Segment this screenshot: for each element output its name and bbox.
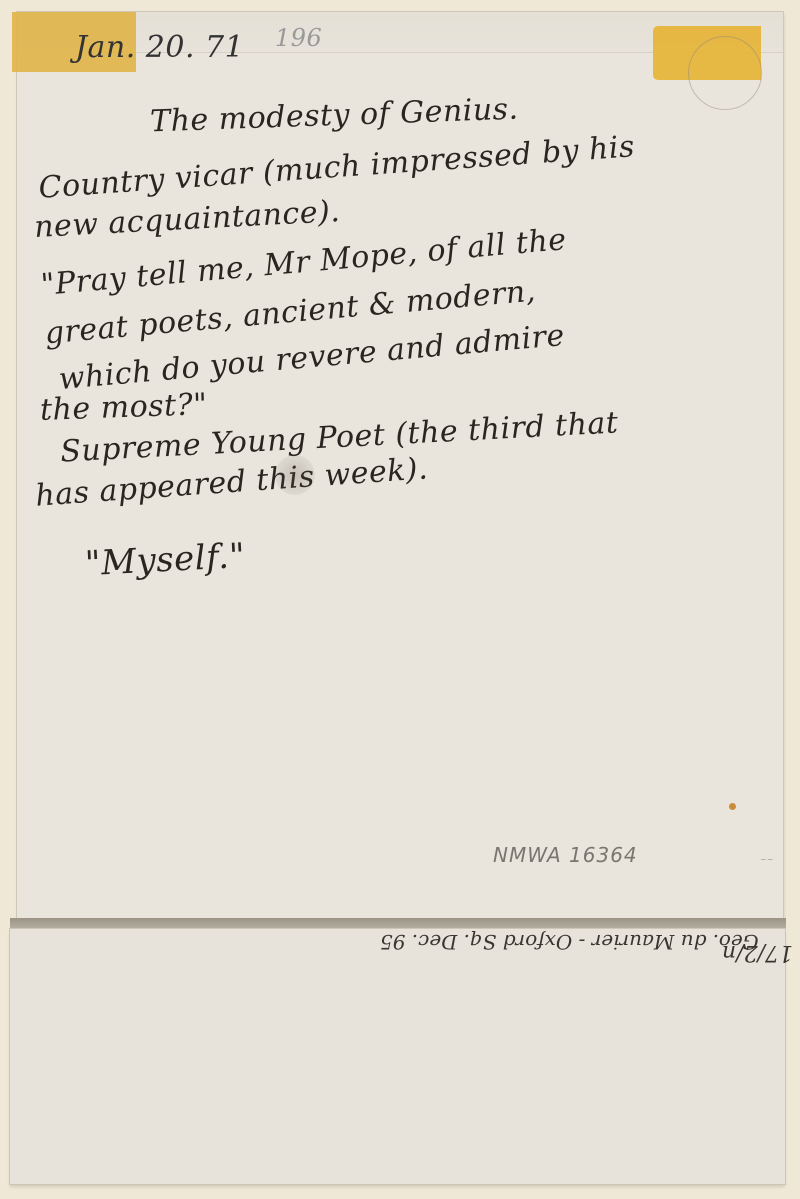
inverted-flap-number: 17/2/n [722, 940, 793, 965]
foxing-spot [729, 803, 736, 810]
text-line-punchline: "Myself." [84, 536, 246, 584]
pencil-mark: ~~ [760, 855, 773, 864]
catalog-number: NMWA 16364 [493, 843, 638, 867]
inverted-flap-note: Geo. du Maurier - Oxford Sq. Dec. 95 [380, 930, 759, 954]
collection-stamp [688, 36, 762, 110]
folio-number: 196 [275, 24, 322, 52]
text-line: the most?" [39, 387, 208, 428]
fold-shadow [10, 918, 786, 929]
ink-smudge [275, 455, 315, 495]
date-text: Jan. 20. 71 [75, 30, 244, 65]
folded-flap [10, 929, 785, 1184]
